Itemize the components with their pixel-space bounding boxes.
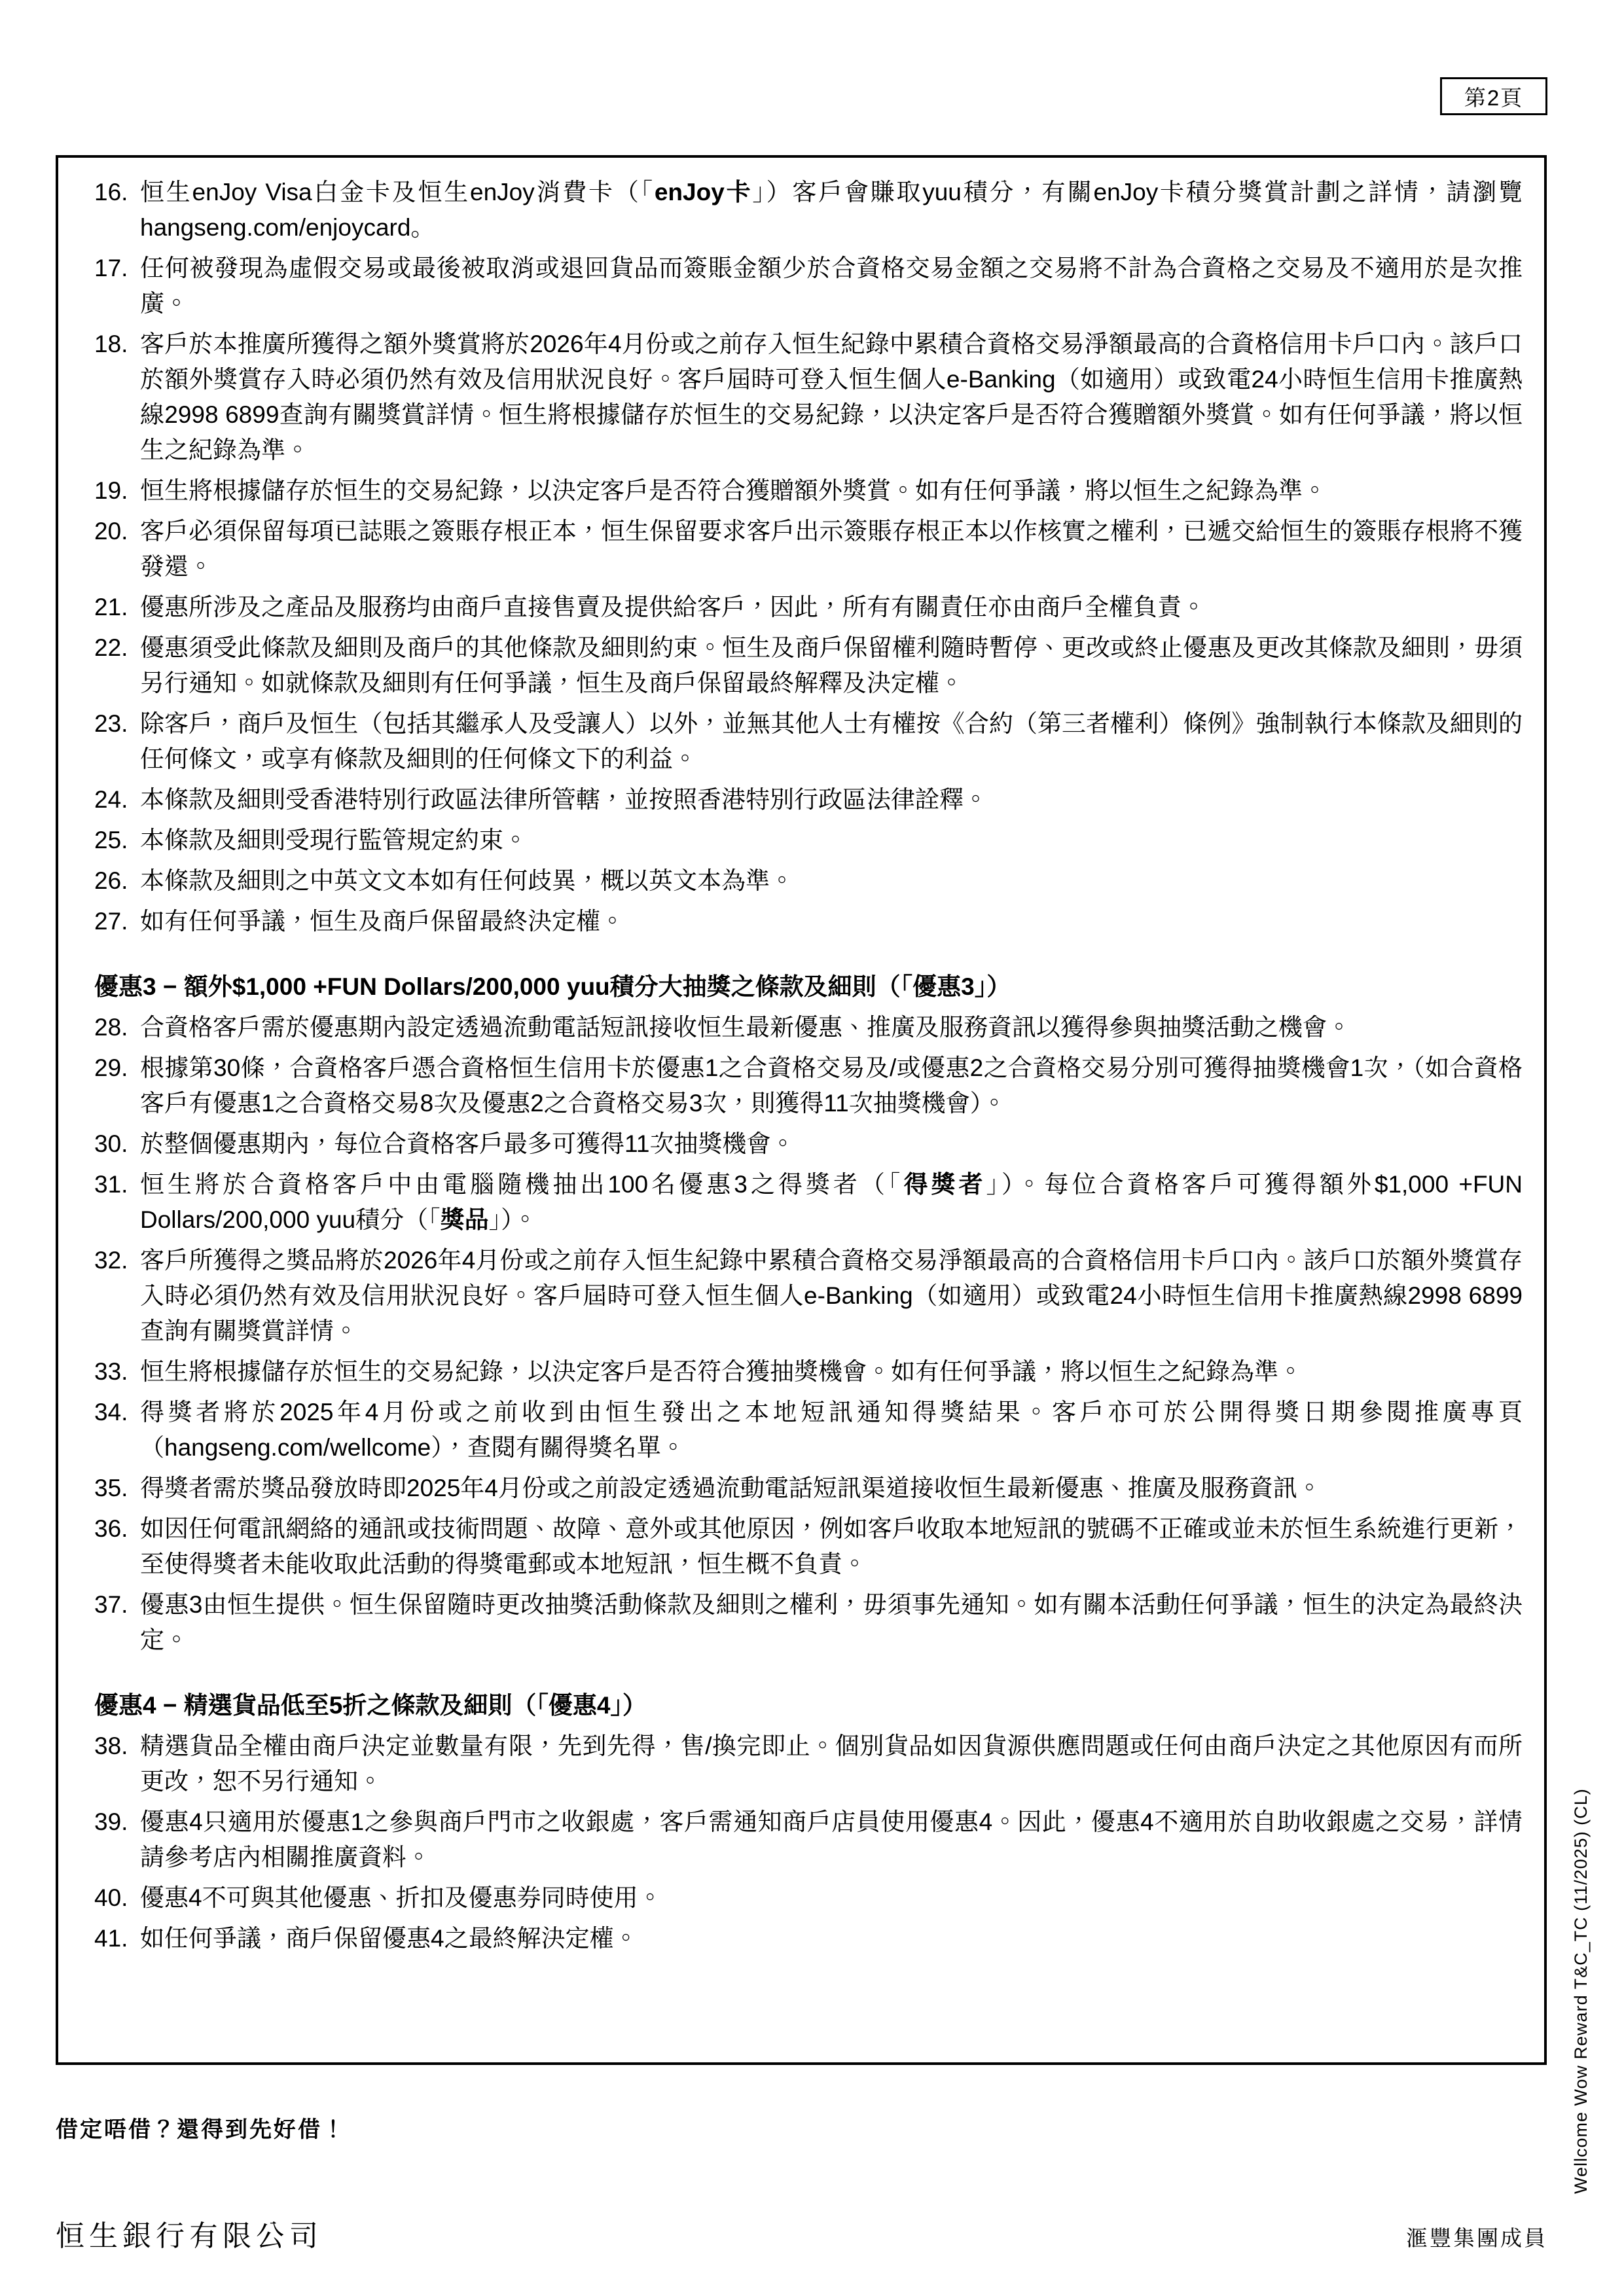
item-text-segment: 除客戶，商戶及恒生（包括其繼承人及受讓人）以外，並無其他人士有權按《合約（第三者… [140,710,1523,772]
item-text-bold-segment: enJoy卡 [655,179,752,206]
list-item: 25. 本條款及細則受現行監管規定約束。 [94,823,1523,858]
group-member-label: 滙豐集團成員 [1406,2221,1547,2252]
item-text-segment: 根據第30條，合資格客戶憑合資格恒生信用卡於優惠1之合資格交易及/或優惠2之合資… [140,1054,1523,1117]
item-number: 34. [94,1395,140,1465]
item-text: 本條款及細則受香港特別行政區法律所管轄，並按照香港特別行政區法律詮釋。 [140,782,1523,817]
section-heading: 優惠4 − 精選貨品低至5折之條款及細則（「優惠4」） [94,1688,1523,1723]
list-item: 18. 客戶於本推廣所獲得之額外獎賞將於2026年4月份或之前存入恒生紀錄中累積… [94,327,1523,468]
list-item: 28. 合資格客戶需於優惠期內設定透過流動電話短訊接收恒生最新優惠、推廣及服務資… [94,1010,1523,1045]
list-item: 41. 如任何爭議，商戶保留優惠4之最終解決定權。 [94,1921,1523,1956]
item-text: 客戶所獲得之獎品將於2026年4月份或之前存入恒生紀錄中累積合資格交易淨額最高的… [140,1243,1523,1349]
item-text: 恒生將根據儲存於恒生的交易紀錄，以決定客戶是否符合獲抽獎機會。如有任何爭議，將以… [140,1354,1523,1390]
item-text-segment: 客戶於本推廣所獲得之額外獎賞將於2026年4月份或之前存入恒生紀錄中累積合資格交… [140,331,1523,463]
item-text: 本條款及細則之中英文文本如有任何歧異，概以英文本為準。 [140,863,1523,899]
item-text-bold-segment: 得獎者 [903,1171,986,1198]
item-text-segment: 優惠所涉及之產品及服務均由商戶直接售賣及提供給客戶，因此，所有有關責任亦由商戶全… [140,594,1206,620]
bank-name: 恒生銀行有限公司 [56,2212,323,2254]
item-text: 客戶必須保留每項已誌賬之簽賬存根正本，恒生保留要求客戶出示簽賬存根正本以作核實之… [140,514,1523,584]
item-text-segment: 於整個優惠期內，每位合資格客戶最多可獲得11次抽獎機會。 [140,1130,795,1157]
list-item: 36. 如因任何電訊網絡的通訊或技術問題、故障、意外或其他原因，例如客戶收取本地… [94,1511,1523,1582]
item-text-segment: 恒生enJoy Visa白金卡及恒生enJoy消費卡（「 [140,179,655,206]
list-item: 24. 本條款及細則受香港特別行政區法律所管轄，並按照香港特別行政區法律詮釋。 [94,782,1523,817]
item-text-segment: 優惠3由恒生提供。恒生保留隨時更改抽獎活動條款及細則之權利，毋須事先通知。如有關… [140,1591,1523,1653]
item-text-segment: 優惠4只適用於優惠1之參與商戶門市之收銀處，客戶需通知商戶店員使用優惠4。因此，… [140,1808,1523,1871]
item-text-segment: 本條款及細則受現行監管規定約束。 [140,827,528,853]
list-item: 19. 恒生將根據儲存於恒生的交易紀錄，以決定客戶是否符合獲贈額外獎賞。如有任何… [94,473,1523,509]
item-number: 31. [94,1167,140,1238]
list-item: 30. 於整個優惠期內，每位合資格客戶最多可獲得11次抽獎機會。 [94,1126,1523,1162]
item-number: 22. [94,630,140,701]
item-number: 41. [94,1921,140,1956]
list-item: 32. 客戶所獲得之獎品將於2026年4月份或之前存入恒生紀錄中累積合資格交易淨… [94,1243,1523,1349]
item-number: 27. [94,904,140,939]
item-text-segment: 本條款及細則之中英文文本如有任何歧異，概以英文本為準。 [140,867,794,894]
item-text-segment: 恒生將根據儲存於恒生的交易紀錄，以決定客戶是否符合獲抽獎機會。如有任何爭議，將以… [140,1358,1303,1385]
item-text: 除客戶，商戶及恒生（包括其繼承人及受讓人）以外，並無其他人士有權按《合約（第三者… [140,706,1523,777]
item-text: 任何被發現為虛假交易或最後被取消或退回貨品而簽賬金額少於合資格交易金額之交易將不… [140,251,1523,321]
item-text: 根據第30條，合資格客戶憑合資格恒生信用卡於優惠1之合資格交易及/或優惠2之合資… [140,1050,1523,1121]
item-text-segment: 客戶必須保留每項已誌賬之簽賬存根正本，恒生保留要求客戶出示簽賬存根正本以作核實之… [140,518,1523,580]
item-text: 恒生將於合資格客戶中由電腦隨機抽出100名優惠3之得獎者（「得獎者」）。每位合資… [140,1167,1523,1238]
list-item: 21. 優惠所涉及之產品及服務均由商戶直接售賣及提供給客戶，因此，所有有關責任亦… [94,590,1523,625]
list-item: 40. 優惠4不可與其他優惠、折扣及優惠券同時使用。 [94,1880,1523,1916]
item-text-segment: 」）。 [489,1206,537,1233]
page-number-box: 第2頁 [1440,77,1547,115]
item-text: 得獎者將於2025年4月份或之前收到由恒生發出之本地短訊通知得獎結果。客戶亦可於… [140,1395,1523,1465]
document-page: { "page": { "page_number": "第2頁", "side_… [0,0,1624,2296]
item-text: 如因任何電訊網絡的通訊或技術問題、故障、意外或其他原因，例如客戶收取本地短訊的號… [140,1511,1523,1582]
item-number: 36. [94,1511,140,1582]
item-text-segment: 如因任何電訊網絡的通訊或技術問題、故障、意外或其他原因，例如客戶收取本地短訊的號… [140,1515,1523,1577]
item-number: 21. [94,590,140,625]
item-text-segment: 如任何爭議，商戶保留優惠4之最終解決定權。 [140,1925,638,1952]
item-text: 優惠4只適用於優惠1之參與商戶門市之收銀處，客戶需通知商戶店員使用優惠4。因此，… [140,1804,1523,1875]
item-number: 40. [94,1880,140,1916]
item-text-segment: 優惠須受此條款及細則及商戶的其他條款及細則約束。恒生及商戶保留權利隨時暫停、更改… [140,634,1523,696]
list-item: 33. 恒生將根據儲存於恒生的交易紀錄，以決定客戶是否符合獲抽獎機會。如有任何爭… [94,1354,1523,1390]
document-reference-vertical: Wellcome Wow Reward T&C_TC (11/2025) (CL… [1571,1788,1591,2194]
item-text-segment: 優惠4不可與其他優惠、折扣及優惠券同時使用。 [140,1884,662,1911]
lending-slogan: 借定唔借？還得到先好借！ [56,2111,346,2144]
item-text-segment: 客戶所獲得之獎品將於2026年4月份或之前存入恒生紀錄中累積合資格交易淨額最高的… [140,1247,1523,1344]
list-item: 38. 精選貨品全權由商戶決定並數量有限，先到先得，售/換完即止。個別貨品如因貨… [94,1729,1523,1799]
item-number: 20. [94,514,140,584]
item-number: 29. [94,1050,140,1121]
item-number: 33. [94,1354,140,1390]
list-item: 23. 除客戶，商戶及恒生（包括其繼承人及受讓人）以外，並無其他人士有權按《合約… [94,706,1523,777]
list-item: 20. 客戶必須保留每項已誌賬之簽賬存根正本，恒生保留要求客戶出示簽賬存根正本以… [94,514,1523,584]
item-text: 精選貨品全權由商戶決定並數量有限，先到先得，售/換完即止。個別貨品如因貨源供應問… [140,1729,1523,1799]
item-text: 如有任何爭議，恒生及商戶保留最終決定權。 [140,904,1523,939]
item-number: 30. [94,1126,140,1162]
list-item: 35. 得獎者需於獎品發放時即2025年4月份或之前設定透過流動電話短訊渠道接收… [94,1471,1523,1506]
item-text-segment: 精選貨品全權由商戶決定並數量有限，先到先得，售/換完即止。個別貨品如因貨源供應問… [140,1732,1523,1795]
item-text: 本條款及細則受現行監管規定約束。 [140,823,1523,858]
item-number: 35. [94,1471,140,1506]
item-text: 如任何爭議，商戶保留優惠4之最終解決定權。 [140,1921,1523,1956]
item-text: 優惠所涉及之產品及服務均由商戶直接售賣及提供給客戶，因此，所有有關責任亦由商戶全… [140,590,1523,625]
item-text-segment: 恒生將根據儲存於恒生的交易紀錄，以決定客戶是否符合獲贈額外獎賞。如有任何爭議，將… [140,477,1327,504]
item-text: 合資格客戶需於優惠期內設定透過流動電話短訊接收恒生最新優惠、推廣及服務資訊以獲得… [140,1010,1523,1045]
list-item: 34. 得獎者將於2025年4月份或之前收到由恒生發出之本地短訊通知得獎結果。客… [94,1395,1523,1465]
item-text: 於整個優惠期內，每位合資格客戶最多可獲得11次抽獎機會。 [140,1126,1523,1162]
item-text-segment: 任何被發現為虛假交易或最後被取消或退回貨品而簽賬金額少於合資格交易金額之交易將不… [140,255,1523,317]
item-text: 恒生將根據儲存於恒生的交易紀錄，以決定客戶是否符合獲贈額外獎賞。如有任何爭議，將… [140,473,1523,509]
item-text: 優惠須受此條款及細則及商戶的其他條款及細則約束。恒生及商戶保留權利隨時暫停、更改… [140,630,1523,701]
list-item: 39. 優惠4只適用於優惠1之參與商戶門市之收銀處，客戶需通知商戶店員使用優惠4… [94,1804,1523,1875]
item-number: 39. [94,1804,140,1875]
item-text-segment: 如有任何爭議，恒生及商戶保留最終決定權。 [140,908,624,935]
item-text-segment: 得獎者將於2025年4月份或之前收到由恒生發出之本地短訊通知得獎結果。客戶亦可於… [140,1399,1523,1461]
item-number: 23. [94,706,140,777]
item-number: 26. [94,863,140,899]
item-number: 19. [94,473,140,509]
list-item: 31. 恒生將於合資格客戶中由電腦隨機抽出100名優惠3之得獎者（「得獎者」）。… [94,1167,1523,1238]
page-number-label: 第2頁 [1464,81,1523,112]
item-text: 優惠3由恒生提供。恒生保留隨時更改抽獎活動條款及細則之權利，毋須事先通知。如有關… [140,1587,1523,1658]
terms-box: 16. 恒生enJoy Visa白金卡及恒生enJoy消費卡（「enJoy卡」）… [56,155,1547,2065]
item-number: 17. [94,251,140,321]
list-item: 26. 本條款及細則之中英文文本如有任何歧異，概以英文本為準。 [94,863,1523,899]
item-text-bold-segment: 獎品 [441,1206,489,1233]
item-number: 24. [94,782,140,817]
list-item: 16. 恒生enJoy Visa白金卡及恒生enJoy消費卡（「enJoy卡」）… [94,175,1523,245]
list-item: 17. 任何被發現為虛假交易或最後被取消或退回貨品而簽賬金額少於合資格交易金額之… [94,251,1523,321]
item-text-segment: 本條款及細則受香港特別行政區法律所管轄，並按照香港特別行政區法律詮釋。 [140,786,988,813]
list-item: 29. 根據第30條，合資格客戶憑合資格恒生信用卡於優惠1之合資格交易及/或優惠… [94,1050,1523,1121]
item-text: 得獎者需於獎品發放時即2025年4月份或之前設定透過流動電話短訊渠道接收恒生最新… [140,1471,1523,1506]
list-item: 27. 如有任何爭議，恒生及商戶保留最終決定權。 [94,904,1523,939]
item-text-segment: 得獎者需於獎品發放時即2025年4月份或之前設定透過流動電話短訊渠道接收恒生最新… [140,1475,1322,1501]
item-number: 18. [94,327,140,468]
item-text-segment: 恒生將於合資格客戶中由電腦隨機抽出100名優惠3之得獎者（「 [140,1171,903,1198]
section-heading: 優惠3 − 額外$1,000 +FUN Dollars/200,000 yuu積… [94,969,1523,1005]
list-item: 37. 優惠3由恒生提供。恒生保留隨時更改抽獎活動條款及細則之權利，毋須事先通知… [94,1587,1523,1658]
item-number: 37. [94,1587,140,1658]
item-text-segment: 合資格客戶需於優惠期內設定透過流動電話短訊接收恒生最新優惠、推廣及服務資訊以獲得… [140,1014,1351,1041]
item-number: 16. [94,175,140,245]
item-number: 28. [94,1010,140,1045]
item-number: 32. [94,1243,140,1349]
item-text: 優惠4不可與其他優惠、折扣及優惠券同時使用。 [140,1880,1523,1916]
footer-bank-row: 恒生銀行有限公司 滙豐集團成員 [56,2212,1547,2254]
item-text: 客戶於本推廣所獲得之額外獎賞將於2026年4月份或之前存入恒生紀錄中累積合資格交… [140,327,1523,468]
blocks: 16. 恒生enJoy Visa白金卡及恒生enJoy消費卡（「enJoy卡」）… [94,175,1523,1956]
item-number: 38. [94,1729,140,1799]
item-text: 恒生enJoy Visa白金卡及恒生enJoy消費卡（「enJoy卡」）客戶會賺… [140,175,1523,245]
item-number: 25. [94,823,140,858]
list-item: 22. 優惠須受此條款及細則及商戶的其他條款及細則約束。恒生及商戶保留權利隨時暫… [94,630,1523,701]
